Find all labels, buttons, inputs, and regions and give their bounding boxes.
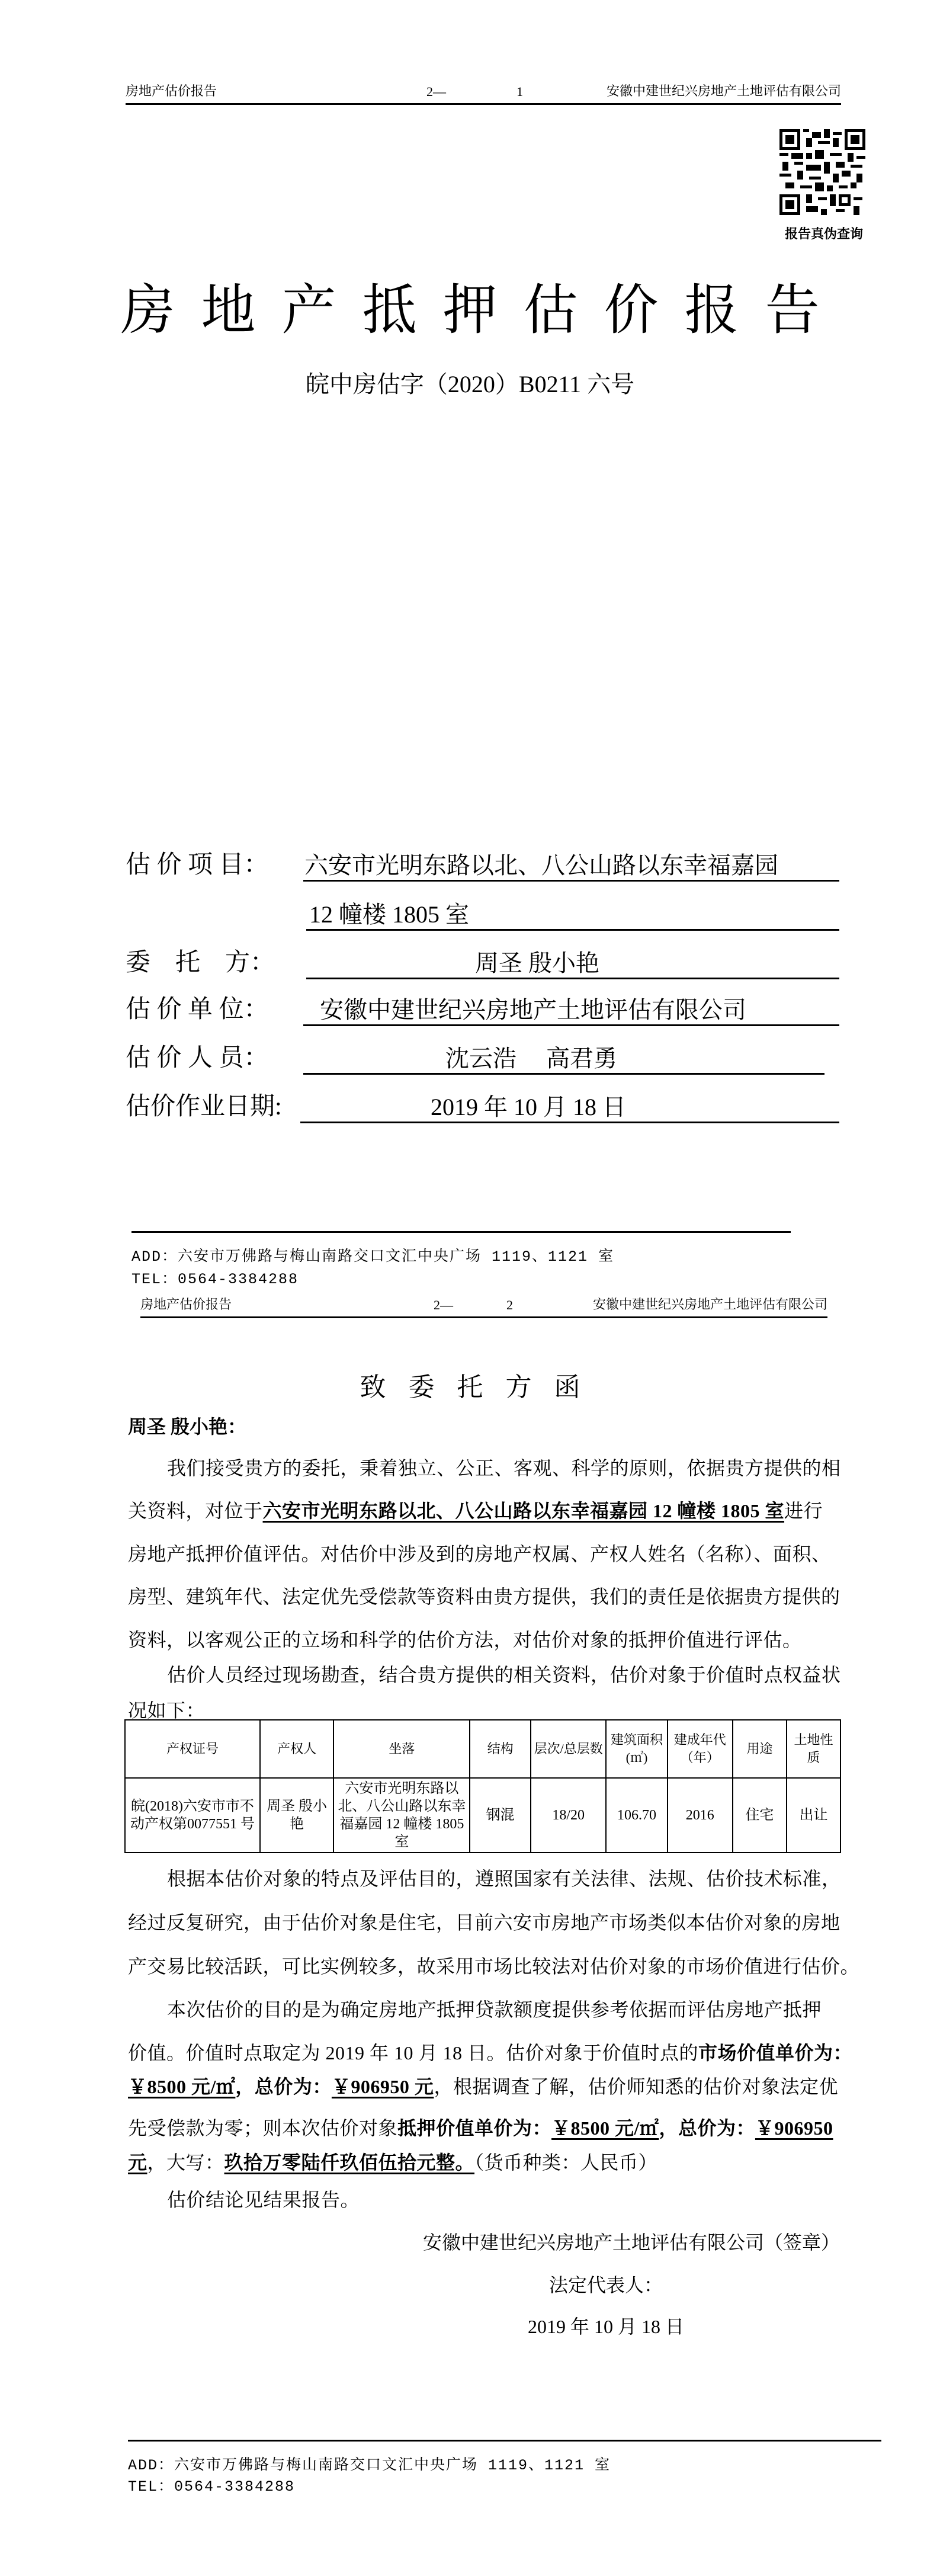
cell-use: 住宅: [733, 1778, 787, 1853]
cell-owner: 周圣 殷小艳: [260, 1778, 333, 1853]
currency-note: （货币种类：人民币）: [474, 2152, 657, 2173]
cell-year-built: 2016: [668, 1778, 733, 1853]
letter-salutation: 周圣 殷小艳：: [128, 1412, 246, 1439]
report-title: 房地产抵押估价报告: [0, 267, 940, 345]
form-value-appraisers: 沈云浩 高君勇: [445, 1040, 617, 1074]
header-page-number: 2: [506, 1297, 513, 1313]
para1-line3: 房地产抵押价值评估。对估价中涉及到的房地产权属、产权人姓名（名称）、面积、: [128, 1539, 842, 1566]
para4-line3: ￥8500 元/㎡，总价为：￥906950 元，根据调查了解，估价师知悉的估价对…: [128, 2072, 842, 2099]
form-label-unit: 估 价 单 位：: [126, 989, 269, 1025]
col-land-type: 土地性质: [787, 1720, 840, 1778]
header-company: 安徽中建世纪兴房地产土地评估有限公司: [593, 1295, 827, 1313]
form-value-date: 2019 年 10 月 18 日: [431, 1088, 626, 1122]
col-year-built: 建成年代（年）: [668, 1720, 733, 1778]
para3-line3: 产交易比较活跃，可比实例较多，故采用市场比较法对估价对象的市场价值进行估价。: [128, 1952, 842, 1979]
cell-land-type: 出让: [787, 1778, 840, 1853]
header-page-prefix: 2—: [426, 84, 446, 100]
form-label-client: 委 托 方：: [126, 943, 275, 978]
form-row-appraiser-unit: 估 价 单 位： 安徽中建世纪兴房地产土地评估有限公司: [126, 993, 839, 1026]
table-header-row: 产权证号 产权人 坐落 结构 层次/总层数 建筑面积(㎡) 建成年代（年） 用途…: [125, 1720, 840, 1778]
mortgage-unit-price: ￥8500 元/㎡: [551, 2117, 659, 2139]
header-page-prefix: 2—: [434, 1297, 453, 1313]
cell-floor: 18/20: [531, 1778, 606, 1853]
header-company: 安徽中建世纪兴房地产土地评估有限公司: [607, 81, 841, 100]
form-label-appraisers: 估 价 人 员：: [126, 1038, 269, 1074]
para1-line2: 关资料，对位于六安市光明东路以北、八公山路以东幸福嘉园 12 幢楼 1805 室…: [128, 1496, 842, 1523]
form-row-client: 委 托 方： 周圣 殷小艳: [126, 946, 839, 979]
col-use: 用途: [733, 1720, 787, 1778]
para4-line2: 价值。价值时点取定为 2019 年 10 月 18 日。估价对象于价值时点的市场…: [128, 2038, 842, 2065]
form-row-project: 估 价 项 目： 六安市光明东路以北、八公山路以东幸福嘉园: [126, 848, 839, 882]
form-value-project-line2: 12 幢楼 1805 室: [309, 896, 469, 930]
para4-line5: 元，大写：玖拾万零陆仟玖佰伍拾元整。（货币种类：人民币）: [128, 2148, 842, 2175]
para4-line1: 本次估价的目的是为确定房地产抵押贷款额度提供参考依据而评估房地产抵押: [128, 1995, 881, 2022]
amount-in-words: 玖拾万零陆仟玖佰伍拾元整。: [224, 2152, 475, 2173]
form-label-date: 估价作业日期:: [126, 1087, 282, 1122]
header-report-type: 房地产估价报告: [126, 81, 217, 100]
header-page-number: 1: [516, 84, 523, 100]
form-row-appraisers: 估 价 人 员： 沈云浩 高君勇: [126, 1042, 824, 1075]
signature-legal-rep: 法定代表人：: [319, 2270, 840, 2298]
para3-line2: 经过反复研究，由于估价对象是住宅，目前六安市房地产市场类似本估价对象的房地: [128, 1908, 842, 1935]
para5: 估价结论见结果报告。: [128, 2185, 881, 2212]
form-row-date: 估价作业日期: 2019 年 10 月 18 日: [126, 1090, 839, 1123]
cell-structure: 钢混: [470, 1778, 531, 1853]
footer-divider: [128, 2440, 881, 2442]
form-value-project: 六安市光明东路以北、八公山路以东幸福嘉园: [304, 847, 778, 880]
cell-area: 106.70: [606, 1778, 667, 1853]
footer-phone: TEL：0564-3384288: [128, 2474, 295, 2495]
form-value-unit: 安徽中建世纪兴房地产土地评估有限公司: [320, 991, 746, 1025]
para1-line4: 房型、建筑年代、法定优先受偿款等资料由贵方提供，我们的责任是依据贵方提供的: [128, 1582, 842, 1609]
col-location: 坐落: [333, 1720, 470, 1778]
footer-address: ADD：六安市万佛路与梅山南路交口文汇中央广场 1119、1121 室: [131, 1244, 614, 1265]
market-unit-price: ￥8500 元/㎡: [128, 2076, 235, 2097]
signature-date: 2019 年 10 月 18 日: [319, 2312, 840, 2339]
col-area: 建筑面积(㎡): [606, 1720, 667, 1778]
property-address: 六安市光明东路以北、八公山路以东幸福嘉园 12 幢楼 1805 室: [263, 1500, 785, 1521]
col-cert-no: 产权证号: [125, 1720, 260, 1778]
table-row: 皖(2018)六安市市不动产权第0077551 号 周圣 殷小艳 六安市光明东路…: [125, 1778, 840, 1853]
letter-title: 致委托方函: [0, 1366, 940, 1404]
para1-line5: 资料，以客观公正的立场和科学的估价方法，对估价对象的抵押价值进行评估。: [128, 1625, 842, 1652]
para2-line1: 估价人员经过现场勘查，结合贵方提供的相关资料，估价对象于价值时点权益状: [128, 1660, 881, 1687]
qr-code-icon[interactable]: [779, 129, 865, 215]
para3-line1: 根据本估价对象的特点及评估目的，遵照国家有关法律、法规、估价技术标准，: [128, 1864, 881, 1891]
form-label-project: 估 价 项 目：: [126, 845, 269, 880]
cell-cert-no: 皖(2018)六安市市不动产权第0077551 号: [125, 1778, 260, 1853]
para1-line1: 我们接受贵方的委托，秉着独立、公正、客观、科学的原则，依据贵方提供的相: [128, 1453, 881, 1481]
report-number: 皖中房估字（2020）B0211 六号: [0, 366, 940, 399]
header-report-type: 房地产估价报告: [140, 1295, 232, 1313]
footer-divider: [131, 1231, 791, 1233]
form-row-project-line2: 12 幢楼 1805 室: [126, 898, 839, 931]
signature-company: 安徽中建世纪兴房地产土地评估有限公司（签章）: [248, 2228, 840, 2255]
footer-phone: TEL：0564-3384288: [131, 1267, 299, 1288]
page1-running-header: 房地产估价报告 2— 1 安徽中建世纪兴房地产土地评估有限公司: [126, 83, 841, 105]
qr-caption: 报告真伪查询: [779, 224, 868, 242]
page2-running-header: 房地产估价报告 2— 2 安徽中建世纪兴房地产土地评估有限公司: [140, 1296, 827, 1318]
property-rights-table: 产权证号 产权人 坐落 结构 层次/总层数 建筑面积(㎡) 建成年代（年） 用途…: [124, 1719, 841, 1853]
market-total-price: ￥906950 元: [332, 2076, 434, 2097]
cell-location: 六安市光明东路以北、八公山路以东幸福嘉园 12 幢楼 1805 室: [333, 1778, 470, 1853]
col-owner: 产权人: [260, 1720, 333, 1778]
col-floor: 层次/总层数: [531, 1720, 606, 1778]
form-value-client: 周圣 殷小艳: [475, 944, 599, 978]
para4-line4: 先受偿款为零；则本次估价对象抵押价值单价为：￥8500 元/㎡，总价为：￥906…: [128, 2113, 842, 2141]
footer-address: ADD：六安市万佛路与梅山南路交口文汇中央广场 1119、1121 室: [128, 2453, 611, 2474]
col-structure: 结构: [470, 1720, 531, 1778]
mortgage-total-price: ￥906950: [755, 2117, 833, 2139]
